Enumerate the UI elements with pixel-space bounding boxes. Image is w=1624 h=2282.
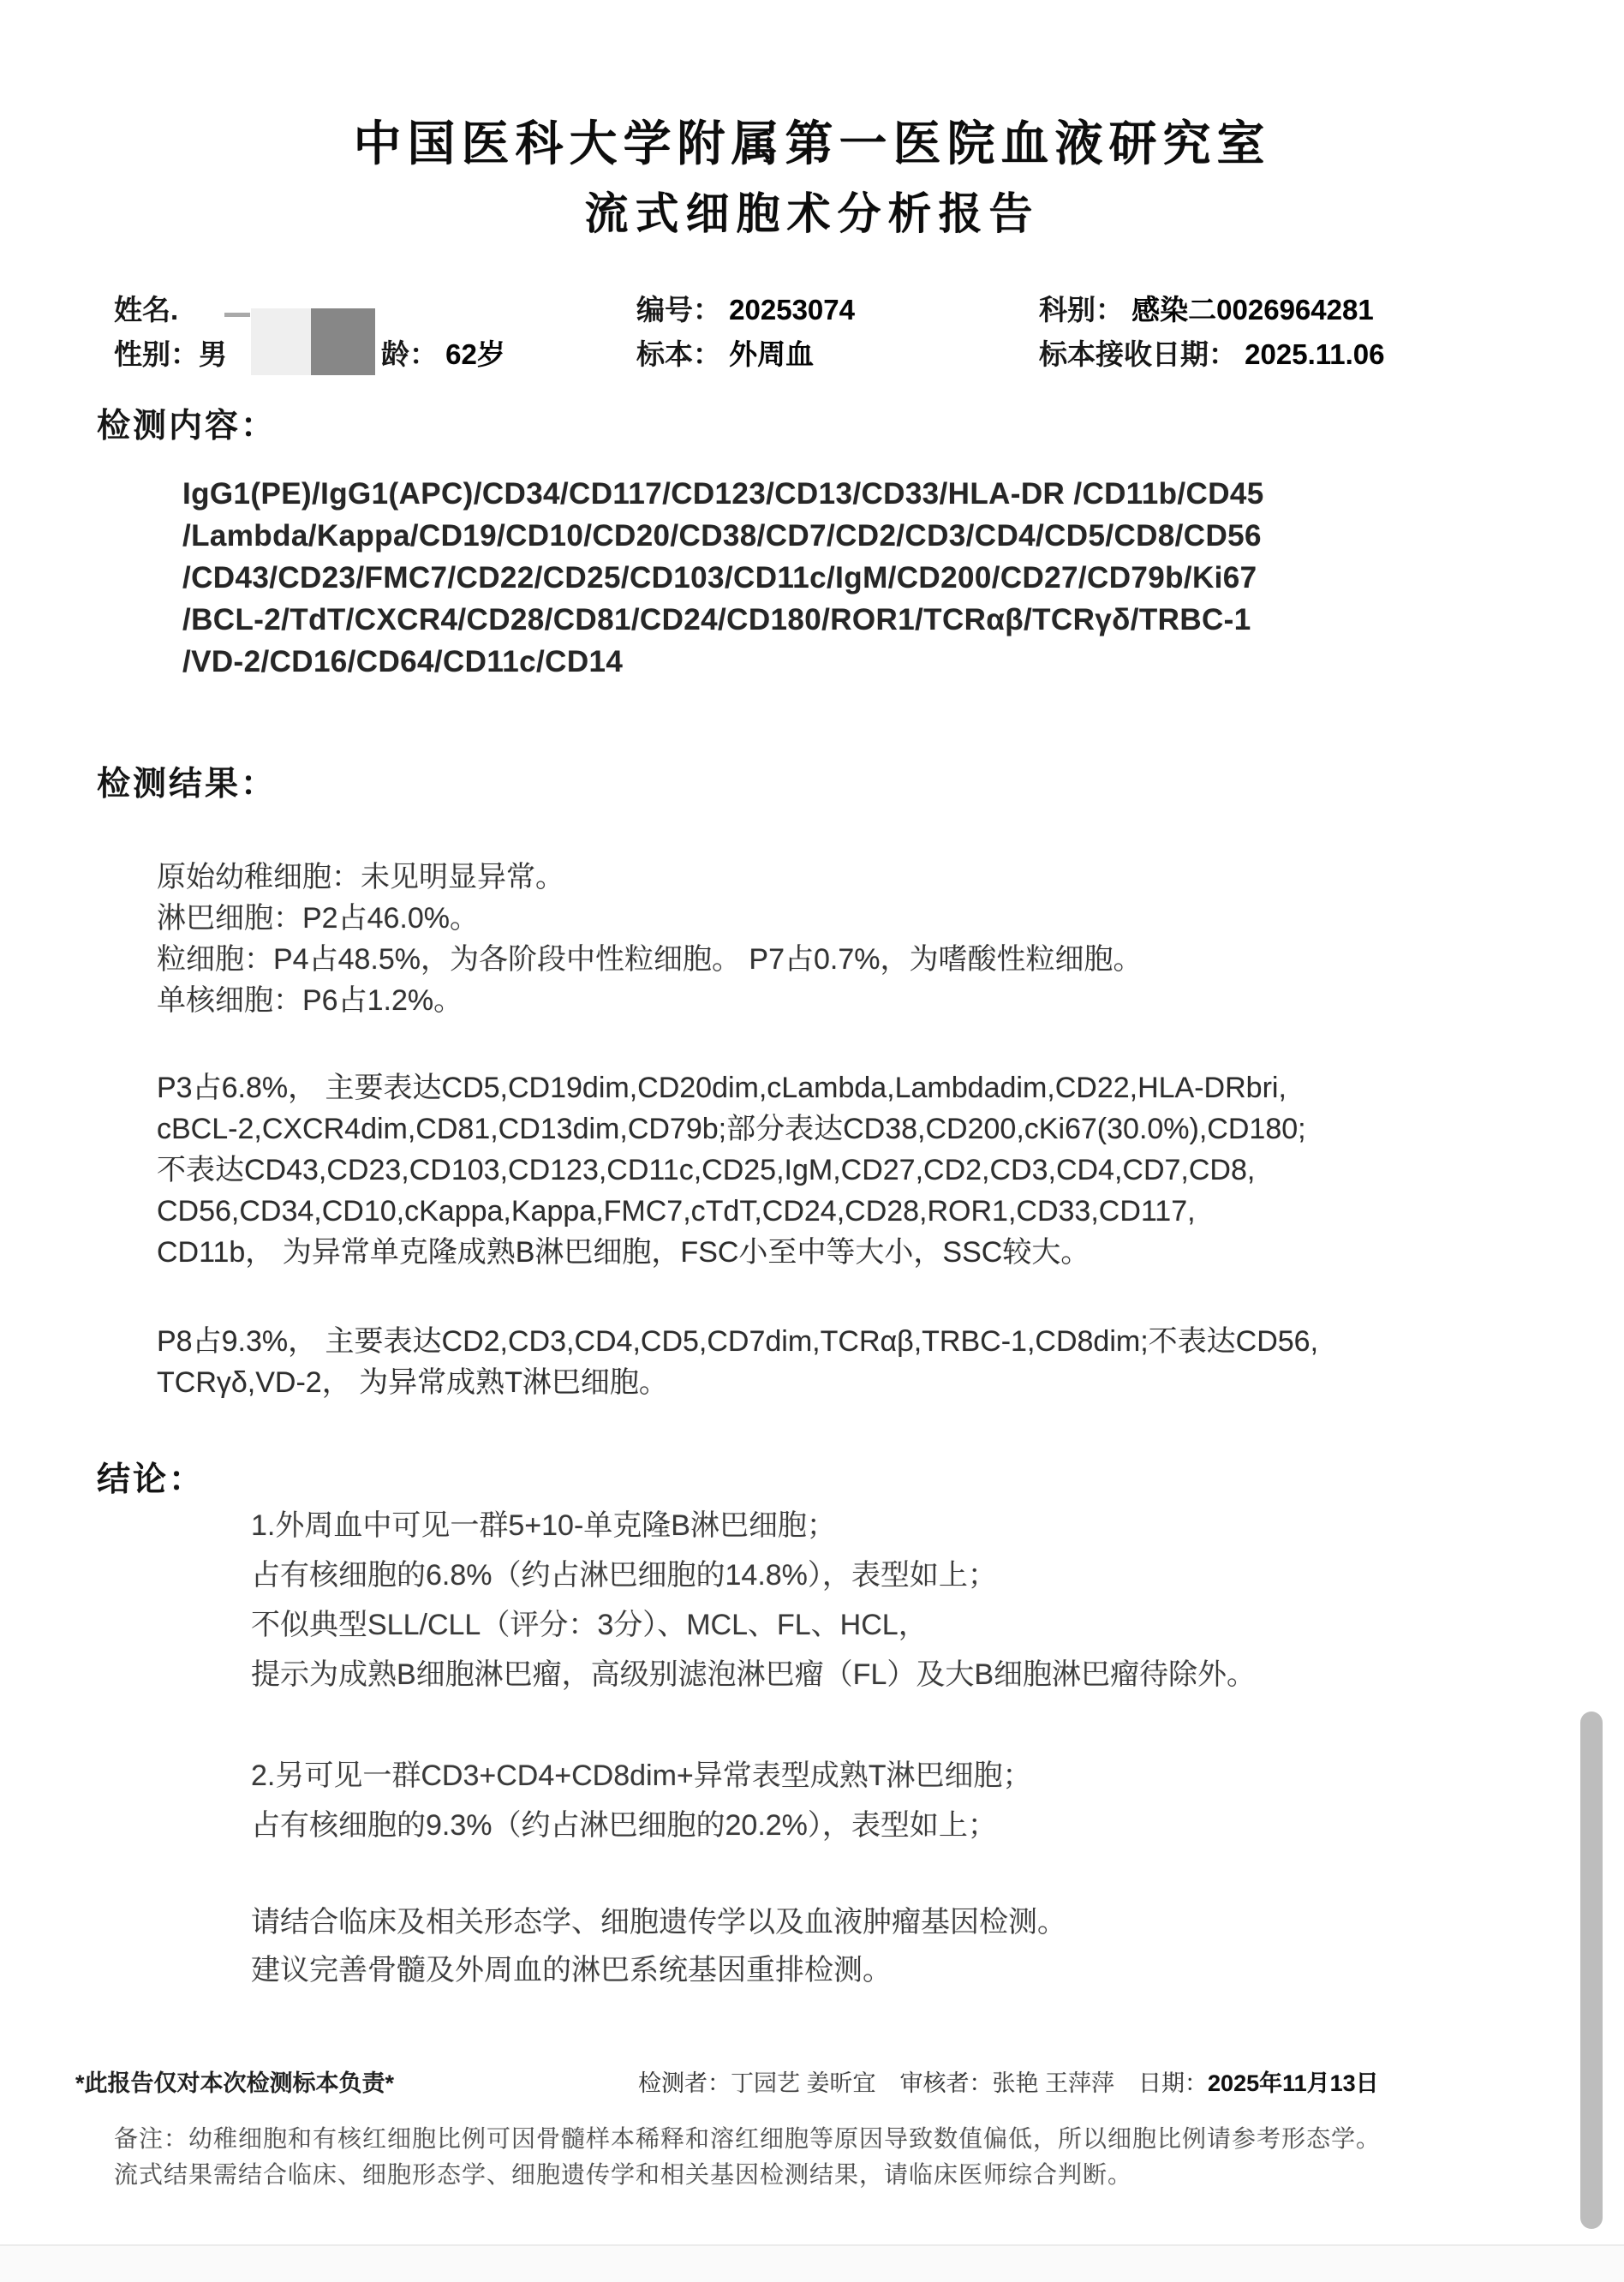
antibody-panel-list: IgG1(PE)/IgG1(APC)/CD34/CD117/CD123/CD13… bbox=[182, 473, 1264, 683]
department-label: 科别： bbox=[1039, 294, 1124, 326]
report-title: 流式细胞术分析报告 bbox=[0, 178, 1624, 242]
age-value: 62岁 bbox=[445, 338, 505, 370]
gender-field: 性别：男 bbox=[114, 332, 227, 373]
panel-line: /Lambda/Kappa/CD19/CD10/CD20/CD38/CD7/CD… bbox=[182, 515, 1264, 557]
patient-name-label: 姓名. bbox=[114, 294, 178, 326]
p3-population-paragraph: P3占6.8%， 主要表达CD5,CD19dim,CD20dim,cLambda… bbox=[157, 1067, 1306, 1273]
specimen-label: 标本： bbox=[636, 338, 721, 370]
p3-line: 不表达CD43,CD23,CD103,CD123,CD11c,CD25,IgM,… bbox=[157, 1150, 1306, 1191]
age-field: 龄： 62岁 bbox=[381, 332, 505, 373]
specimen-value: 外周血 bbox=[729, 338, 814, 370]
sample-id-value: 20253074 bbox=[729, 294, 855, 326]
conclusion-line: 2.另可见一群CD3+CD4+CD8dim+异常表型成熟T淋巴细胞； bbox=[251, 1751, 1032, 1801]
remark-line: 备注：幼稚细胞和有核红细胞比例可因骨髓样本稀释和溶红细胞等原因导致数值偏低，所以… bbox=[114, 2121, 1381, 2157]
conclusion-line: 不似典型SLL/CLL（评分：3分）、MCL、FL、HCL， bbox=[251, 1600, 1256, 1650]
recommendation-paragraph: 请结合临床及相关形态学、细胞遗传学以及血液肿瘤基因检测。 建议完善骨髓及外周血的… bbox=[251, 1898, 1066, 1994]
sample-id-field: 编号： 20253074 bbox=[636, 288, 855, 328]
remark-line: 流式结果需结合临床、细胞形态学、细胞遗传学和相关基因检测结果，请临床医师综合判断… bbox=[114, 2157, 1381, 2193]
conclusion-line: 占有核细胞的6.8%（约占淋巴细胞的14.8%），表型如上； bbox=[251, 1550, 1256, 1600]
panel-line: /VD-2/CD16/CD64/CD11c/CD14 bbox=[182, 641, 1264, 683]
conclusion-line: 1.外周血中可见一群5+10-单克隆B淋巴细胞； bbox=[251, 1501, 1256, 1550]
recommendation-line: 请结合临床及相关形态学、细胞遗传学以及血液肿瘤基因检测。 bbox=[251, 1898, 1066, 1946]
age-redaction-box bbox=[311, 308, 375, 375]
section-heading-result: 检测结果： bbox=[97, 757, 277, 805]
footer-staff-line: 检测者：丁园艺 姜昕宜审核者：张艳 王萍萍日期：2025年11月13日 bbox=[638, 2064, 1379, 2098]
panel-line: IgG1(PE)/IgG1(APC)/CD34/CD117/CD123/CD13… bbox=[182, 473, 1264, 515]
department-field: 科别： 感染二0026964281 bbox=[1039, 288, 1374, 328]
remark-paragraph: 备注：幼稚细胞和有核红细胞比例可因骨髓样本稀释和溶红细胞等原因导致数值偏低，所以… bbox=[114, 2121, 1381, 2193]
result-line: 粒细胞：P4占48.5%，为各阶段中性粒细胞。 P7占0.7%，为嗜酸性粒细胞。 bbox=[157, 939, 1143, 980]
p3-line: CD11b， 为异常单克隆成熟B淋巴细胞，FSC小至中等大小，SSC较大。 bbox=[157, 1232, 1306, 1273]
receive-date-value: 2025.11.06 bbox=[1245, 338, 1384, 370]
p3-line: CD56,CD34,CD10,cKappa,Kappa,FMC7,cTdT,CD… bbox=[157, 1191, 1306, 1232]
receive-date-field: 标本接收日期： 2025.11.06 bbox=[1039, 332, 1385, 373]
conclusion-item-1: 1.外周血中可见一群5+10-单克隆B淋巴细胞； 占有核细胞的6.8%（约占淋巴… bbox=[251, 1501, 1256, 1700]
conclusion-item-2: 2.另可见一群CD3+CD4+CD8dim+异常表型成熟T淋巴细胞； 占有核细胞… bbox=[251, 1751, 1032, 1850]
report-page: 中国医科大学附属第一医院血液研究室 流式细胞术分析报告 姓名. 编号： 2025… bbox=[0, 0, 1624, 2282]
recommendation-line: 建议完善骨髓及外周血的淋巴系统基因重排检测。 bbox=[251, 1946, 1066, 1994]
patient-name-field: 姓名. bbox=[114, 288, 178, 328]
report-disclaimer: *此报告仅对本次检测标本负责* bbox=[75, 2064, 394, 2098]
section-heading-conclusion: 结论： bbox=[97, 1453, 205, 1501]
conclusion-line: 占有核细胞的9.3%（约占淋巴细胞的20.2%），表型如上； bbox=[251, 1801, 1032, 1850]
p3-line: P3占6.8%， 主要表达CD5,CD19dim,CD20dim,cLambda… bbox=[157, 1067, 1306, 1108]
result-line: 原始幼稚细胞：未见明显异常。 bbox=[157, 857, 1143, 898]
redacted-name-stroke bbox=[224, 313, 250, 317]
reviewers-label: 审核者： bbox=[900, 2070, 993, 2096]
age-label: 龄： bbox=[381, 338, 438, 370]
panel-line: /BCL-2/TdT/CXCR4/CD28/CD81/CD24/CD180/RO… bbox=[182, 599, 1264, 641]
section-heading-content: 检测内容： bbox=[97, 399, 277, 447]
page-bottom-edge bbox=[0, 2244, 1624, 2282]
scrollbar-thumb[interactable] bbox=[1580, 1711, 1603, 2229]
receive-date-label: 标本接收日期： bbox=[1039, 338, 1237, 370]
name-redaction-box bbox=[251, 308, 311, 375]
report-date-value: 2025年11月13日 bbox=[1208, 2070, 1379, 2096]
p8-population-paragraph: P8占9.3%， 主要表达CD2,CD3,CD4,CD5,CD7dim,TCRα… bbox=[157, 1321, 1318, 1403]
testers-label: 检测者： bbox=[638, 2070, 731, 2096]
hospital-title: 中国医科大学附属第一医院血液研究室 bbox=[0, 106, 1624, 175]
gender-value: 男 bbox=[199, 338, 227, 370]
p8-line: P8占9.3%， 主要表达CD2,CD3,CD4,CD5,CD7dim,TCRα… bbox=[157, 1321, 1318, 1362]
gender-label: 性别： bbox=[114, 338, 199, 370]
p8-line: TCRγδ,VD-2， 为异常成熟T淋巴细胞。 bbox=[157, 1362, 1318, 1403]
panel-line: /CD43/CD23/FMC7/CD22/CD25/CD103/CD11c/Ig… bbox=[182, 557, 1264, 599]
testers-names: 丁园艺 姜昕宜 bbox=[731, 2070, 876, 2096]
result-line: 淋巴细胞：P2占46.0%。 bbox=[157, 898, 1143, 939]
result-summary: 原始幼稚细胞：未见明显异常。 淋巴细胞：P2占46.0%。 粒细胞：P4占48.… bbox=[157, 857, 1143, 1021]
department-value: 感染二0026964281 bbox=[1131, 294, 1374, 326]
conclusion-line: 提示为成熟B细胞淋巴瘤，高级别滤泡淋巴瘤（FL）及大B细胞淋巴瘤待除外。 bbox=[251, 1650, 1256, 1700]
report-date-label: 日期： bbox=[1138, 2070, 1208, 2096]
sample-id-label: 编号： bbox=[636, 294, 721, 326]
result-line: 单核细胞：P6占1.2%。 bbox=[157, 980, 1143, 1021]
specimen-field: 标本： 外周血 bbox=[636, 332, 814, 373]
p3-line: cBCL-2,CXCR4dim,CD81,CD13dim,CD79b;部分表达C… bbox=[157, 1108, 1306, 1150]
reviewers-names: 张艳 王萍萍 bbox=[993, 2070, 1115, 2096]
